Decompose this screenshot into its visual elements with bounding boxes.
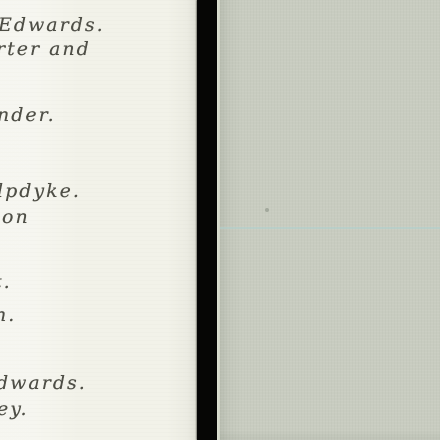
book-gutter-spine <box>197 0 217 440</box>
scanned-page-spread: Edwards. rter and nder. lpdyke. on t. n.… <box>0 0 440 440</box>
scan-artifact-speck <box>265 208 269 212</box>
text-fragment: rter and <box>0 37 91 61</box>
text-fragment: dwards. <box>0 371 87 395</box>
left-page: Edwards. rter and nder. lpdyke. on t. n.… <box>0 0 197 440</box>
text-fragment: n. <box>0 303 16 327</box>
text-fragment: t. <box>0 270 12 294</box>
text-fragment: nder. <box>0 103 56 127</box>
scan-artifact-line <box>220 227 440 229</box>
text-fragment: Edwards. <box>0 13 105 37</box>
text-fragment: lpdyke. <box>0 179 81 203</box>
right-page <box>220 0 440 440</box>
text-fragment: ey. <box>0 397 29 421</box>
text-fragment: on <box>2 205 30 229</box>
